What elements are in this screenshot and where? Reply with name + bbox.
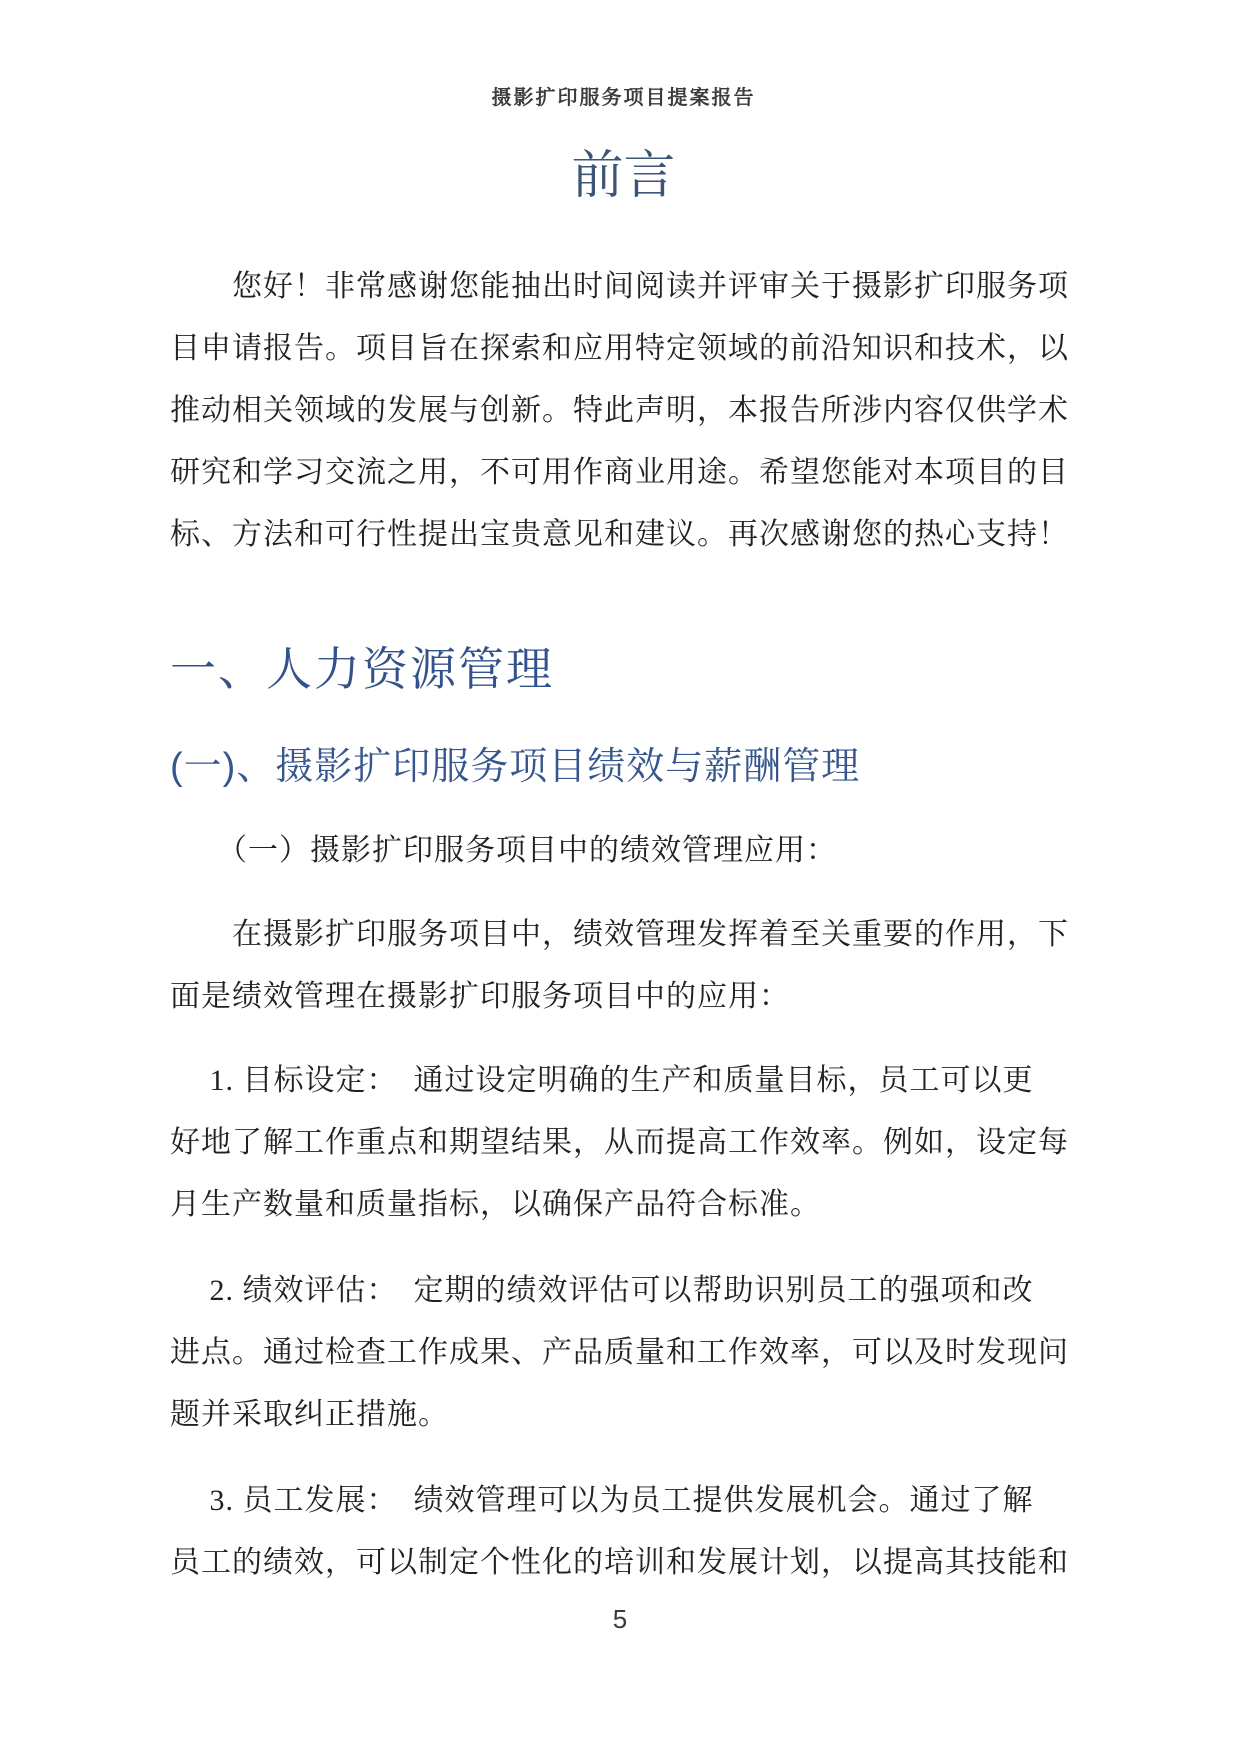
page-title: 前言: [170, 144, 1077, 208]
text-line: 进点。通过检查工作成果、产品质量和工作效率，可以及时发现问: [170, 1322, 1077, 1384]
paragraph-performance-application-title: （一）摄影扩印服务项目中的绩效管理应用：: [170, 820, 1077, 882]
text-line: 您好！非常感谢您能抽出时间阅读并评审关于摄影扩印服务项: [170, 256, 1077, 318]
text-line: 1. 目标设定： 通过设定明确的生产和质量目标，员工可以更: [170, 1050, 1077, 1112]
document-header-title: 摄影扩印服务项目提案报告: [170, 86, 1077, 110]
list-item-performance-evaluation: 2. 绩效评估： 定期的绩效评估可以帮助识别员工的强项和改进点。通过检查工作成果…: [170, 1260, 1077, 1446]
paragraph-performance-overview: 在摄影扩印服务项目中，绩效管理发挥着至关重要的作用，下面是绩效管理在摄影扩印服务…: [170, 904, 1077, 1028]
subsection-heading-performance-salary: (一)、摄影扩印服务项目绩效与薪酬管理: [170, 741, 1077, 793]
text-line: 在摄影扩印服务项目中，绩效管理发挥着至关重要的作用，下: [170, 904, 1077, 966]
list-item-goal-setting: 1. 目标设定： 通过设定明确的生产和质量目标，员工可以更好地了解工作重点和期望…: [170, 1050, 1077, 1236]
text-line: 月生产数量和质量指标，以确保产品符合标准。: [170, 1174, 1077, 1236]
text-line: 面是绩效管理在摄影扩印服务项目中的应用：: [170, 966, 1077, 1028]
text-line: 研究和学习交流之用，不可用作商业用途。希望您能对本项目的目: [170, 442, 1077, 504]
text-line: 推动相关领域的发展与创新。特此声明，本报告所涉内容仅供学术: [170, 380, 1077, 442]
text-line: 目申请报告。项目旨在探索和应用特定领域的前沿知识和技术，以: [170, 318, 1077, 380]
text-line: （一）摄影扩印服务项目中的绩效管理应用：: [170, 820, 1077, 882]
text-line: 题并采取纠正措施。: [170, 1384, 1077, 1446]
text-line: 好地了解工作重点和期望结果，从而提高工作效率。例如，设定每: [170, 1112, 1077, 1174]
text-line: 员工的绩效，可以制定个性化的培训和发展计划，以提高其技能和: [170, 1532, 1077, 1594]
list-item-employee-development: 3. 员工发展： 绩效管理可以为员工提供发展机会。通过了解员工的绩效，可以制定个…: [170, 1470, 1077, 1594]
section-heading-hr-management: 一、人力资源管理: [170, 640, 1077, 698]
intro-paragraph: 您好！非常感谢您能抽出时间阅读并评审关于摄影扩印服务项目申请报告。项目旨在探索和…: [170, 256, 1077, 566]
text-line: 2. 绩效评估： 定期的绩效评估可以帮助识别员工的强项和改: [170, 1260, 1077, 1322]
page-number: 5: [0, 1598, 1240, 1640]
text-line: 3. 员工发展： 绩效管理可以为员工提供发展机会。通过了解: [170, 1470, 1077, 1532]
text-line: 标、方法和可行性提出宝贵意见和建议。再次感谢您的热心支持！: [170, 504, 1077, 566]
document-page: 摄影扩印服务项目提案报告 前言 您好！非常感谢您能抽出时间阅读并评审关于摄影扩印…: [0, 0, 1240, 1753]
